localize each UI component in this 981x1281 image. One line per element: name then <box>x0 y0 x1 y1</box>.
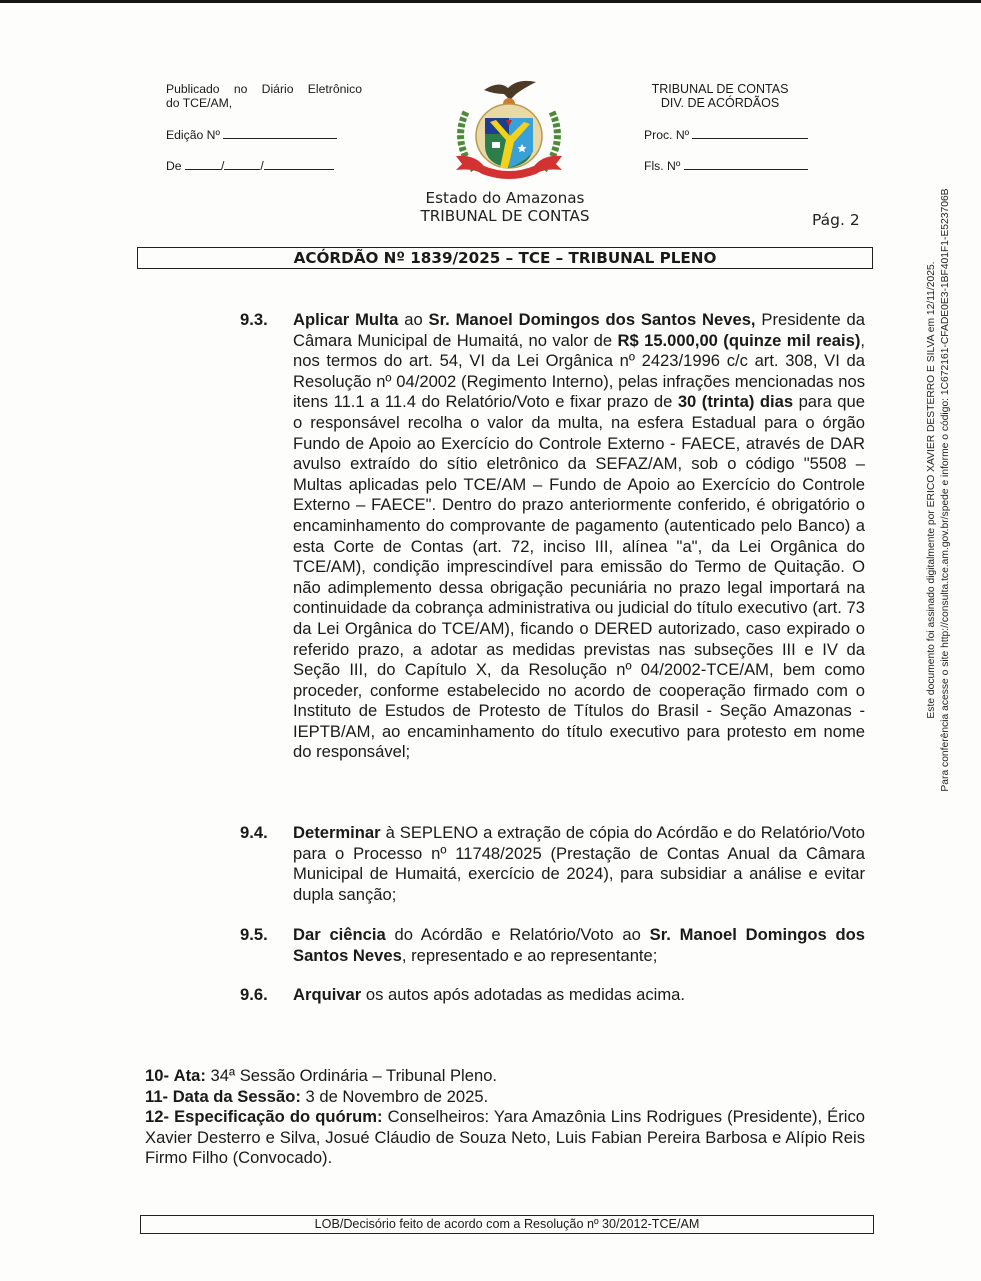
proc-field: Proc. Nº <box>644 127 808 142</box>
quorum-line: 12- Especificação do quórum: Conselheiro… <box>145 1107 865 1169</box>
pub-line-2: do TCE/AM, <box>166 96 362 110</box>
coat-of-arms-icon <box>444 72 574 184</box>
quorum-label: Especificação do quórum: <box>174 1107 382 1126</box>
text-run: os autos após adotadas as medidas acima. <box>361 985 685 1004</box>
bold-run: Sr. Manoel Domingos dos Santos Neves, <box>429 310 756 329</box>
division-title: DIV. DE ACÓRDÃOS <box>630 96 810 110</box>
quorum-number: 12- <box>145 1107 169 1126</box>
page-number: Pág. 2 <box>812 211 860 229</box>
ata-line: 10- Ata: 34ª Sessão Ordinária – Tribunal… <box>145 1066 865 1087</box>
top-border <box>0 0 981 3</box>
item-9-6: 9.6. Arquivar os autos após adotadas as … <box>240 985 865 1006</box>
item-9-3: 9.3. Aplicar Multa ao Sr. Manoel Domingo… <box>240 310 865 763</box>
item-number: 9.4. <box>240 823 268 844</box>
publication-note: Publicado no Diário Eletrônico do TCE/AM… <box>166 82 362 110</box>
edition-blank <box>223 127 337 139</box>
date-year-blank <box>264 158 334 170</box>
edition-field: Edição Nº <box>166 127 337 142</box>
text-run: para que o responsável recolha o valor d… <box>293 392 865 761</box>
pub-word: no <box>234 82 248 96</box>
session-date-line: 11- Data da Sessão: 3 de Novembro de 202… <box>145 1087 865 1108</box>
document-title: ACÓRDÃO Nº 1839/2025 – TCE – TRIBUNAL PL… <box>137 247 873 269</box>
tribunal-division-block: TRIBUNAL DE CONTAS DIV. DE ACÓRDÃOS <box>630 82 810 110</box>
edition-label: Edição Nº <box>166 128 220 142</box>
digital-signature-stamp: Este documento foi assinado digitalmente… <box>925 150 953 830</box>
date-day-blank <box>185 158 221 170</box>
ata-label: Ata: <box>174 1066 206 1085</box>
court-name: TRIBUNAL DE CONTAS <box>400 207 610 225</box>
signature-line-1: Este documento foi assinado digitalmente… <box>925 150 939 830</box>
bold-run: Dar ciência <box>293 925 386 944</box>
tribunal-title: TRIBUNAL DE CONTAS <box>630 82 810 96</box>
item-text: Determinar à SEPLENO a extração de cópia… <box>293 823 865 905</box>
item-number: 9.5. <box>240 925 268 946</box>
item-9-4: 9.4. Determinar à SEPLENO a extração de … <box>240 823 865 905</box>
item-number: 9.6. <box>240 985 268 1006</box>
ata-value: 34ª Sessão Ordinária – Tribunal Pleno. <box>206 1066 497 1085</box>
session-info: 10- Ata: 34ª Sessão Ordinária – Tribunal… <box>145 1066 865 1169</box>
bold-run: Arquivar <box>293 985 361 1004</box>
text-run: , representado e ao representante; <box>402 946 658 965</box>
state-name: Estado do Amazonas <box>400 189 610 207</box>
bold-run: 30 (trinta) dias <box>678 392 793 411</box>
item-text: Arquivar os autos após adotadas as medid… <box>293 985 865 1006</box>
item-text: Aplicar Multa ao Sr. Manoel Domingos dos… <box>293 310 865 763</box>
publication-block: Publicado no Diário Eletrônico do TCE/AM… <box>166 82 362 110</box>
item-9-5: 9.5. Dar ciência do Acórdão e Relatório/… <box>240 925 865 966</box>
session-date-number: 11- <box>145 1087 168 1106</box>
text-run: ao <box>398 310 428 329</box>
bold-run: Determinar <box>293 823 381 842</box>
pub-word: Diário <box>262 82 294 96</box>
bold-run: R$ 15.000,00 (quinze mil reais) <box>618 331 861 350</box>
pub-word: Eletrônico <box>308 82 362 96</box>
text-run: do Acórdão e Relatório/Voto ao <box>386 925 650 944</box>
proc-label: Proc. Nº <box>644 128 689 142</box>
proc-blank <box>692 127 808 139</box>
fls-blank <box>684 158 808 170</box>
item-text: Dar ciência do Acórdão e Relatório/Voto … <box>293 925 865 966</box>
signature-verification-line: Para conferência acesse o site http://co… <box>939 150 953 830</box>
date-label: De <box>166 159 182 173</box>
item-number: 9.3. <box>240 310 268 331</box>
date-month-blank <box>224 158 260 170</box>
session-date-value: 3 de Novembro de 2025. <box>301 1087 488 1106</box>
state-heading: Estado do Amazonas TRIBUNAL DE CONTAS <box>400 189 610 225</box>
pub-word: Publicado <box>166 82 220 96</box>
footer-note: LOB/Decisório feito de acordo com a Reso… <box>140 1215 874 1234</box>
bold-run: Aplicar Multa <box>293 310 398 329</box>
ata-number: 10- <box>145 1066 169 1085</box>
fls-label: Fls. Nº <box>644 159 680 173</box>
date-field: De // <box>166 158 334 173</box>
session-date-label: Data da Sessão: <box>173 1087 301 1106</box>
fls-field: Fls. Nº <box>644 158 808 173</box>
